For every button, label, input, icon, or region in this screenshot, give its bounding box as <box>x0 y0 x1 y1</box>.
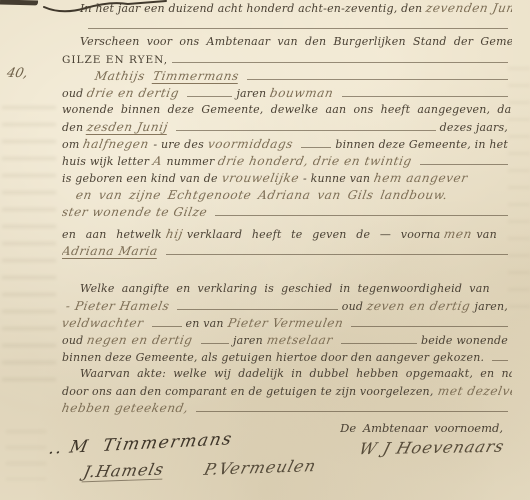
doc-line: denzesden Junijdezes jaars, <box>62 120 512 137</box>
handwritten-text: hebben geteekend, <box>62 401 190 415</box>
doc-line: en aan hetwelkhijverklaard heeft te geve… <box>62 227 512 244</box>
doc-line: huis wijk letterAnummerdrie honderd, dri… <box>62 154 512 171</box>
birth-certificate-scan: { "palette": { "paper": "#e9dfc6", "prin… <box>0 0 530 500</box>
printed-text: - ure des <box>153 138 204 151</box>
doc-line: hebben geteekend, <box>62 401 512 418</box>
handwritten-text: drie en dertig <box>86 86 181 100</box>
signature-officiant: W J Hoevenaars <box>357 437 507 459</box>
printed-text: jaren, <box>474 300 508 313</box>
printed-text: wonende binnen deze Gemeente, dewelke aa… <box>62 103 512 116</box>
fill-line <box>341 333 417 344</box>
handwritten-text: men <box>443 227 473 241</box>
handwritten-text: A <box>152 154 164 168</box>
doc-line: Mathijs Timmermans <box>62 69 512 86</box>
signature-declarant: .. M Timmermans <box>47 429 235 458</box>
fill-line <box>187 86 232 97</box>
doc-line: veldwachteren vanPieter Vermeulen <box>62 316 512 333</box>
doc-line: Verscheen voor ons Ambtenaar van den Bur… <box>62 35 512 52</box>
printed-text: huis wijk letter <box>62 155 149 168</box>
officiant-caption: De Ambtenaar voornoemd, <box>340 421 503 435</box>
printed-text: Verscheen voor ons Ambtenaar van den Bur… <box>80 35 512 48</box>
fill-line <box>152 316 182 327</box>
printed-text: In het jaar een duizend acht honderd ach… <box>80 2 422 15</box>
signature-witness-vermeulen: P.Vermeulen <box>202 456 318 479</box>
printed-text: is geboren een kind van de <box>62 172 218 185</box>
doc-line: Waarvan akte: welke wij dadelijk in dubb… <box>62 367 512 384</box>
doc-line: oudnegen en dertigjarenmetselaarbeide wo… <box>62 333 512 350</box>
fill-line <box>166 244 508 255</box>
fill-line <box>201 333 229 344</box>
printed-text: den <box>62 121 83 134</box>
printed-text: door ons aan den comparant en de getuige… <box>62 385 434 398</box>
printed-text: binnen deze Gemeente, als getuigen hiert… <box>62 351 484 364</box>
fill-line <box>196 401 508 412</box>
doc-line: ouddrie en dertigjarenbouwman <box>62 86 512 103</box>
printed-text: jaren <box>236 87 266 100</box>
doc-line: Adriana Maria <box>62 244 512 261</box>
printed-text: oud <box>342 300 363 313</box>
bleed-through-text <box>6 420 46 480</box>
printed-text: nummer <box>166 155 214 168</box>
printed-text: dezes jaars, <box>440 121 508 134</box>
handwritten-text: veldwachter <box>62 316 145 330</box>
fill-line <box>172 52 508 63</box>
printed-text: Waarvan akte: welke wij dadelijk in dubb… <box>80 367 512 380</box>
printed-text: en van <box>186 317 224 330</box>
handwritten-text: Timmermans <box>152 69 241 84</box>
doc-line: - Pieter Hamelsoudzeven en dertigjaren, <box>62 299 512 316</box>
printed-text: oud <box>62 334 83 347</box>
printed-text: binnen deze Gemeente, in het <box>335 138 508 151</box>
doc-line <box>62 18 512 35</box>
doc-line: ster wonende te Gilze <box>62 205 512 222</box>
printed-text: jaren <box>233 334 263 347</box>
doc-line: en van zijne Echtgenoote Adriana van Gil… <box>62 188 512 205</box>
fill-line <box>177 299 337 310</box>
doc-line: GILZE EN RYEN, <box>62 52 512 69</box>
handwritten-text: Adriana Maria <box>62 244 159 259</box>
fill-line <box>215 205 508 216</box>
document-lines: In het jaar een duizend acht honderd ach… <box>0 1 530 418</box>
fill-line <box>420 154 508 165</box>
handwritten-text: en van zijne Echtgenoote Adriana van Gil… <box>75 188 449 202</box>
doc-line: binnen deze Gemeente, als getuigen hiert… <box>62 350 512 367</box>
signature-witness-hamels: J.Hamels <box>82 460 167 483</box>
printed-text: om <box>62 138 79 151</box>
fill-line <box>351 316 508 327</box>
printed-text: GILZE EN RYEN, <box>62 54 168 66</box>
printed-text: Welke aangifte en verklaring is geschied… <box>80 282 490 295</box>
doc-line: is geboren een kind van devrouwelijke- k… <box>62 171 512 188</box>
printed-text: - kunne van <box>303 172 370 185</box>
fill-line <box>176 120 435 131</box>
doc-line: door ons aan den comparant en de getuige… <box>62 384 512 401</box>
doc-line: In het jaar een duizend acht honderd ach… <box>62 1 512 18</box>
printed-text: beide wonende <box>421 334 508 347</box>
handwritten-text: zesden Junij <box>86 120 170 135</box>
printed-text: verklaard heeft te geven de — voorna <box>187 228 441 241</box>
handwritten-text: - Pieter Hamels <box>65 299 171 313</box>
handwritten-text: voormiddags <box>207 137 295 151</box>
doc-line: omhalfnegen- ure desvoormiddagsbinnen de… <box>62 137 512 154</box>
doc-line: Welke aangifte en verklaring is geschied… <box>62 282 512 299</box>
handwritten-text: met dezelve <box>436 384 512 398</box>
handwritten-text: Mathijs <box>94 69 151 83</box>
handwritten-text: metselaar <box>266 333 334 347</box>
handwritten-text: halfnegen <box>82 137 150 151</box>
handwritten-text: drie honderd, drie en twintig <box>217 154 413 168</box>
handwritten-text: vrouwelijke <box>221 171 301 185</box>
handwritten-text: bouwman <box>269 86 335 100</box>
handwritten-text: zeven en dertig <box>366 299 472 313</box>
fill-line <box>492 350 508 361</box>
fill-line <box>301 137 331 148</box>
printed-text: van <box>476 228 496 241</box>
handwritten-text: zevenden Junij <box>425 1 512 15</box>
fill-line <box>247 69 508 80</box>
fill-line <box>88 18 508 29</box>
handwritten-text: ster wonende te Gilze <box>62 205 209 219</box>
handwritten-text: Pieter Vermeulen <box>226 316 344 330</box>
fill-line <box>342 86 508 97</box>
printed-text: en aan hetwelk <box>62 228 162 241</box>
handwritten-text: negen en dertig <box>86 333 194 347</box>
handwritten-text: hem aangever <box>373 171 469 185</box>
doc-line: wonende binnen deze Gemeente, dewelke aa… <box>62 103 512 120</box>
printed-text: oud <box>62 87 83 100</box>
handwritten-text: hij <box>164 227 184 241</box>
